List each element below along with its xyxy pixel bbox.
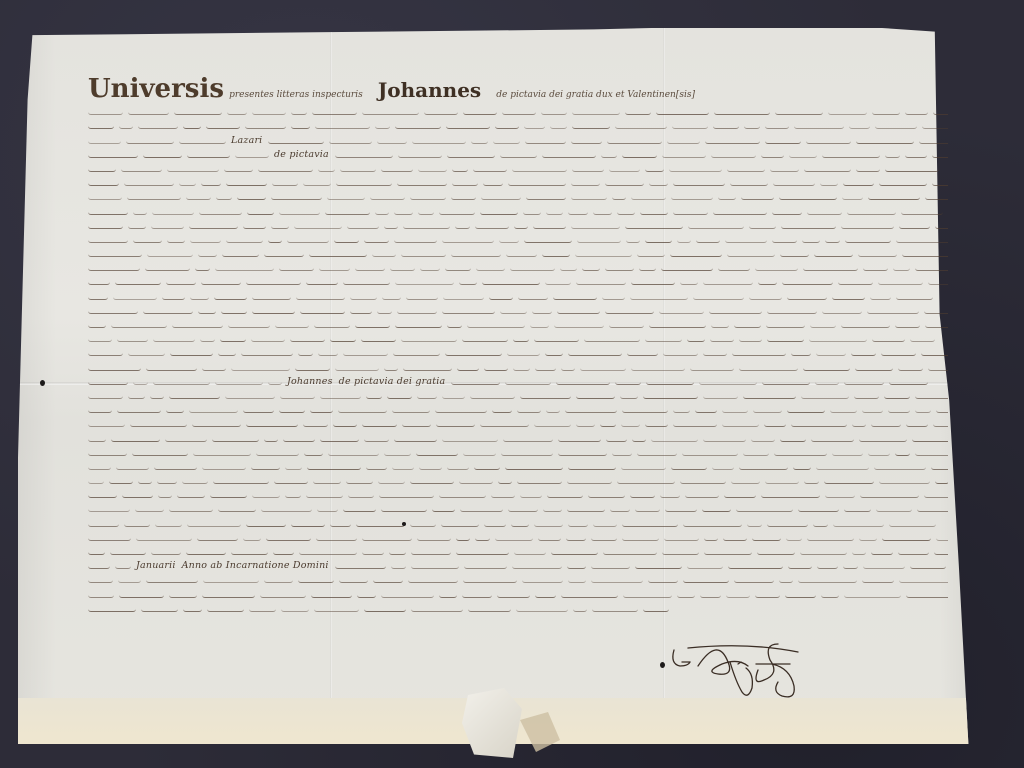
- illegible-word: [615, 378, 641, 385]
- illegible-word: [177, 491, 205, 498]
- illegible-word: [743, 392, 796, 399]
- illegible-word: [591, 576, 643, 583]
- illegible-word: [852, 548, 866, 555]
- illegible-word: [905, 108, 928, 115]
- illegible-word: [210, 491, 247, 498]
- illegible-word: [375, 208, 389, 215]
- illegible-word: [501, 449, 553, 456]
- illegible-word: [736, 505, 793, 512]
- illegible-word: [755, 264, 798, 271]
- illegible-word: [794, 122, 844, 129]
- illegible-word: [122, 491, 153, 498]
- illegible-word: [390, 264, 415, 271]
- illegible-word: [762, 378, 810, 385]
- illegible-word: [418, 165, 447, 172]
- illegible-word: [459, 477, 493, 484]
- illegible-word: [825, 236, 840, 243]
- illegible-word: [348, 491, 374, 498]
- illegible-word: [830, 406, 857, 413]
- illegible-word: [791, 349, 811, 356]
- illegible-word: [749, 293, 782, 300]
- illegible-word: [516, 605, 568, 612]
- legible-fragment: Anno ab Incarnatione Domini: [182, 560, 329, 571]
- illegible-word: [523, 208, 541, 215]
- illegible-word: [394, 435, 437, 442]
- illegible-word: [169, 392, 220, 399]
- illegible-word: [906, 420, 928, 427]
- illegible-word: [868, 193, 920, 200]
- illegible-word: [406, 293, 438, 300]
- illegible-word: [88, 122, 114, 129]
- manuscript-body: Lazaride pictaviaJohannesde pictavia dei…: [88, 92, 948, 617]
- illegible-word: [136, 534, 192, 541]
- illegible-word: [190, 293, 209, 300]
- illegible-word: [315, 122, 370, 129]
- illegible-word: [631, 193, 666, 200]
- illegible-word: [379, 491, 434, 498]
- notarial-signature: Et me: [668, 640, 828, 704]
- illegible-word: [375, 122, 390, 129]
- illegible-word: [757, 548, 795, 555]
- illegible-word: [88, 293, 108, 300]
- illegible-word: [575, 250, 632, 257]
- illegible-word: [565, 406, 617, 413]
- illegible-word: [571, 193, 607, 200]
- manuscript-line: de pictavia: [88, 149, 948, 163]
- illegible-word: [602, 293, 625, 300]
- illegible-word: [410, 477, 454, 484]
- illegible-word: [682, 449, 738, 456]
- illegible-word: [246, 520, 286, 527]
- manuscript-line: [88, 206, 948, 220]
- illegible-word: [532, 307, 552, 314]
- illegible-word: [88, 435, 106, 442]
- manuscript-line: [88, 546, 948, 560]
- illegible-word: [727, 165, 765, 172]
- illegible-word: [116, 463, 149, 470]
- illegible-word: [220, 335, 246, 342]
- illegible-word: [874, 463, 926, 470]
- illegible-word: [522, 576, 563, 583]
- illegible-word: [187, 151, 230, 158]
- illegible-word: [343, 278, 390, 285]
- manuscript-line: [88, 191, 948, 205]
- illegible-word: [518, 293, 548, 300]
- illegible-word: [189, 222, 238, 229]
- illegible-word: [671, 193, 713, 200]
- illegible-word: [281, 605, 309, 612]
- illegible-word: [728, 562, 783, 569]
- illegible-word: [109, 477, 133, 484]
- illegible-word: [88, 264, 140, 271]
- illegible-word: [660, 491, 680, 498]
- illegible-word: [318, 165, 335, 172]
- illegible-word: [316, 534, 357, 541]
- illegible-word: [441, 520, 479, 527]
- illegible-word: [572, 108, 620, 115]
- illegible-word: [505, 463, 563, 470]
- manuscript-line: [88, 291, 948, 305]
- illegible-word: [520, 491, 542, 498]
- illegible-word: [258, 165, 313, 172]
- illegible-word: [605, 307, 654, 314]
- manuscript-line: [88, 234, 948, 248]
- illegible-word: [576, 278, 626, 285]
- illegible-word: [195, 264, 210, 271]
- illegible-word: [813, 520, 828, 527]
- illegible-word: [811, 435, 854, 442]
- illegible-word: [320, 392, 361, 399]
- illegible-word: [424, 108, 458, 115]
- illegible-word: [249, 605, 276, 612]
- illegible-word: [798, 576, 857, 583]
- illegible-word: [580, 364, 626, 371]
- illegible-word: [622, 534, 659, 541]
- illegible-word: [752, 534, 781, 541]
- illegible-word: [295, 364, 330, 371]
- illegible-word: [498, 477, 512, 484]
- illegible-word: [639, 264, 656, 271]
- illegible-word: [542, 151, 596, 158]
- illegible-word: [609, 321, 644, 328]
- illegible-word: [899, 576, 948, 583]
- illegible-word: [744, 122, 760, 129]
- illegible-word: [802, 236, 820, 243]
- illegible-word: [500, 307, 527, 314]
- illegible-word: [664, 534, 699, 541]
- illegible-word: [871, 420, 901, 427]
- illegible-word: [202, 364, 226, 371]
- illegible-word: [561, 364, 575, 371]
- illegible-word: [747, 520, 762, 527]
- illegible-word: [838, 278, 873, 285]
- illegible-word: [828, 108, 867, 115]
- illegible-word: [936, 406, 948, 413]
- illegible-word: [442, 307, 495, 314]
- illegible-word: [862, 406, 883, 413]
- illegible-word: [183, 122, 201, 129]
- illegible-word: [445, 264, 471, 271]
- illegible-word: [547, 491, 583, 498]
- illegible-word: [673, 208, 708, 215]
- illegible-word: [640, 208, 668, 215]
- illegible-word: [381, 505, 427, 512]
- illegible-word: [395, 278, 454, 285]
- illegible-word: [251, 463, 280, 470]
- illegible-word: [513, 364, 530, 371]
- illegible-word: [534, 420, 571, 427]
- illegible-word: [517, 477, 562, 484]
- illegible-word: [612, 449, 632, 456]
- illegible-word: [695, 406, 717, 413]
- illegible-word: [306, 491, 343, 498]
- illegible-word: [541, 108, 567, 115]
- illegible-word: [128, 222, 146, 229]
- illegible-word: [314, 321, 350, 328]
- illegible-word: [863, 562, 905, 569]
- illegible-word: [335, 151, 393, 158]
- illegible-word: [216, 193, 232, 200]
- illegible-word: [88, 151, 138, 158]
- illegible-word: [780, 435, 806, 442]
- illegible-word: [573, 605, 587, 612]
- illegible-word: [252, 293, 291, 300]
- legible-fragment: Johannes: [287, 376, 333, 387]
- illegible-word: [844, 378, 884, 385]
- illegible-word: [285, 463, 302, 470]
- manuscript-line: [88, 489, 948, 503]
- illegible-word: [772, 236, 797, 243]
- manuscript-line: Johannesde pictavia dei gratia: [88, 376, 948, 390]
- illegible-word: [215, 378, 263, 385]
- manuscript-line: [88, 532, 948, 546]
- illegible-word: [222, 250, 259, 257]
- illegible-word: [910, 562, 946, 569]
- illegible-word: [443, 293, 484, 300]
- illegible-word: [566, 534, 586, 541]
- illegible-word: [505, 378, 551, 385]
- illegible-word: [186, 548, 226, 555]
- illegible-word: [88, 321, 106, 328]
- illegible-word: [221, 307, 247, 314]
- illegible-word: [677, 236, 691, 243]
- illegible-word: [711, 151, 756, 158]
- illegible-word: [821, 591, 839, 598]
- illegible-word: [442, 236, 494, 243]
- illegible-word: [550, 122, 567, 129]
- illegible-word: [391, 562, 406, 569]
- illegible-word: [687, 562, 723, 569]
- illegible-word: [395, 122, 441, 129]
- illegible-word: [462, 335, 508, 342]
- illegible-word: [127, 193, 181, 200]
- illegible-word: [88, 420, 125, 427]
- manuscript-line: [88, 461, 948, 475]
- illegible-word: [514, 548, 546, 555]
- illegible-word: [665, 505, 697, 512]
- illegible-word: [696, 236, 720, 243]
- signature-flourish-icon: [668, 640, 828, 704]
- illegible-word: [266, 534, 311, 541]
- illegible-word: [145, 264, 190, 271]
- illegible-word: [749, 222, 776, 229]
- illegible-word: [663, 349, 698, 356]
- illegible-word: [584, 335, 640, 342]
- illegible-word: [530, 321, 549, 328]
- illegible-word: [775, 108, 823, 115]
- illegible-word: [500, 151, 537, 158]
- illegible-word: [364, 605, 406, 612]
- illegible-word: [252, 491, 280, 498]
- illegible-word: [225, 392, 275, 399]
- illegible-word: [699, 378, 757, 385]
- illegible-word: [921, 349, 948, 356]
- illegible-word: [506, 250, 537, 257]
- manuscript-line: [88, 390, 948, 404]
- illegible-word: [88, 364, 141, 371]
- illegible-word: [335, 562, 386, 569]
- illegible-word: [671, 463, 707, 470]
- illegible-word: [925, 321, 948, 328]
- illegible-word: [199, 208, 242, 215]
- illegible-word: [693, 293, 744, 300]
- illegible-word: [542, 250, 570, 257]
- illegible-word: [726, 591, 750, 598]
- illegible-word: [318, 349, 338, 356]
- illegible-word: [439, 208, 475, 215]
- illegible-word: [798, 505, 839, 512]
- illegible-word: [847, 208, 896, 215]
- illegible-word: [309, 250, 367, 257]
- illegible-word: [393, 349, 440, 356]
- illegible-word: [879, 477, 930, 484]
- illegible-word: [545, 349, 563, 356]
- illegible-word: [917, 505, 948, 512]
- manuscript-line: [88, 433, 948, 447]
- illegible-word: [201, 179, 221, 186]
- illegible-word: [703, 392, 738, 399]
- illegible-word: [119, 122, 133, 129]
- illegible-word: [88, 208, 128, 215]
- illegible-word: [687, 335, 705, 342]
- illegible-word: [88, 463, 111, 470]
- illegible-word: [88, 222, 123, 229]
- illegible-word: [734, 321, 761, 328]
- illegible-word: [468, 605, 511, 612]
- illegible-word: [651, 435, 698, 442]
- illegible-word: [656, 108, 709, 115]
- illegible-word: [764, 420, 786, 427]
- illegible-word: [402, 420, 431, 427]
- illegible-word: [600, 420, 616, 427]
- illegible-word: [394, 208, 413, 215]
- illegible-word: [731, 477, 760, 484]
- illegible-word: [187, 520, 241, 527]
- illegible-word: [355, 264, 385, 271]
- illegible-word: [841, 222, 894, 229]
- illegible-word: [330, 520, 351, 527]
- illegible-word: [882, 534, 931, 541]
- illegible-word: [416, 449, 458, 456]
- illegible-word: [88, 576, 113, 583]
- illegible-word: [806, 137, 851, 144]
- illegible-word: [557, 307, 600, 314]
- illegible-word: [885, 151, 900, 158]
- illegible-word: [743, 449, 769, 456]
- illegible-word: [279, 264, 314, 271]
- illegible-word: [356, 520, 405, 527]
- illegible-word: [659, 307, 704, 314]
- illegible-word: [843, 179, 874, 186]
- illegible-word: [503, 435, 553, 442]
- illegible-word: [803, 264, 858, 271]
- illegible-word: [502, 108, 536, 115]
- illegible-word: [452, 165, 468, 172]
- illegible-word: [508, 505, 538, 512]
- illegible-word: [480, 208, 518, 215]
- illegible-word: [568, 576, 586, 583]
- illegible-word: [410, 193, 446, 200]
- illegible-word: [435, 406, 487, 413]
- illegible-word: [243, 534, 261, 541]
- illegible-word: [902, 250, 948, 257]
- illegible-word: [820, 179, 838, 186]
- illegible-word: [680, 278, 698, 285]
- illegible-word: [241, 349, 293, 356]
- illegible-word: [88, 477, 104, 484]
- illegible-word: [202, 463, 246, 470]
- illegible-word: [88, 505, 130, 512]
- illegible-word: [499, 236, 519, 243]
- illegible-word: [512, 562, 562, 569]
- illegible-word: [758, 278, 777, 285]
- illegible-word: [915, 449, 948, 456]
- illegible-word: [677, 591, 695, 598]
- illegible-word: [268, 137, 324, 144]
- illegible-word: [568, 463, 616, 470]
- illegible-word: [935, 222, 948, 229]
- illegible-word: [491, 491, 515, 498]
- illegible-word: [261, 505, 312, 512]
- illegible-word: [459, 278, 477, 285]
- illegible-word: [804, 477, 819, 484]
- illegible-word: [936, 534, 948, 541]
- illegible-word: [312, 108, 357, 115]
- illegible-word: [510, 264, 555, 271]
- illegible-word: [856, 137, 914, 144]
- illegible-word: [533, 222, 566, 229]
- illegible-word: [460, 505, 503, 512]
- illegible-word: [88, 165, 116, 172]
- illegible-word: [871, 548, 893, 555]
- illegible-word: [643, 605, 669, 612]
- illegible-word: [347, 222, 379, 229]
- illegible-word: [395, 321, 442, 328]
- illegible-word: [215, 264, 274, 271]
- illegible-word: [451, 250, 501, 257]
- illegible-word: [601, 151, 617, 158]
- illegible-word: [885, 165, 939, 172]
- illegible-word: [787, 293, 827, 300]
- illegible-word: [572, 122, 610, 129]
- illegible-word: [88, 193, 122, 200]
- illegible-word: [88, 250, 142, 257]
- illegible-word: [264, 576, 293, 583]
- illegible-word: [620, 392, 638, 399]
- illegible-word: [287, 236, 329, 243]
- illegible-word: [525, 137, 566, 144]
- illegible-word: [121, 165, 162, 172]
- illegible-word: [126, 137, 174, 144]
- illegible-word: [147, 250, 193, 257]
- manuscript-line: [88, 404, 948, 418]
- illegible-word: [246, 420, 298, 427]
- illegible-word: [924, 307, 948, 314]
- illegible-word: [781, 222, 836, 229]
- legible-fragment: Januarii: [136, 560, 176, 571]
- illegible-word: [793, 463, 811, 470]
- illegible-word: [325, 208, 370, 215]
- illegible-word: [858, 250, 897, 257]
- illegible-word: [772, 208, 802, 215]
- illegible-word: [291, 122, 310, 129]
- illegible-word: [88, 520, 119, 527]
- illegible-word: [88, 548, 105, 555]
- illegible-word: [513, 335, 529, 342]
- illegible-word: [906, 591, 948, 598]
- illegible-word: [816, 349, 846, 356]
- manuscript-line: [88, 177, 948, 191]
